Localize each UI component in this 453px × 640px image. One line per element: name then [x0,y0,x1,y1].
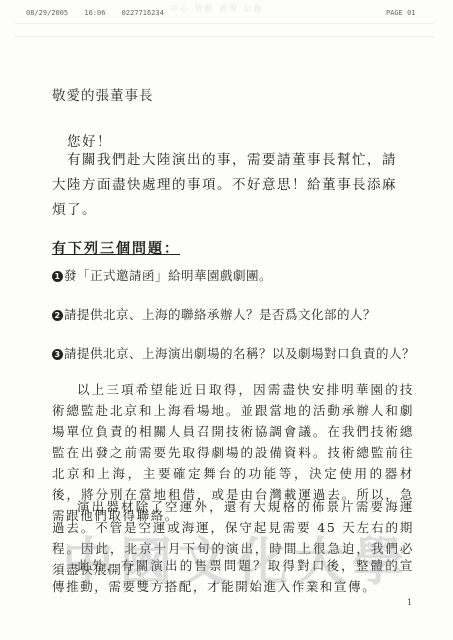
fax-header-info: 08/29/2005 16:06 0227716234 [26,9,176,17]
faint-letterhead-table [15,23,435,37]
fax-date: 08/29/2005 [26,9,68,17]
intro-paragraph: 有關我們赴大陸演出的事，需要請董事長幫忙，請大陸方面盡快處理的事項。不好意思！給… [52,148,410,223]
fax-page-number: 01 [407,9,415,17]
fax-header: 08/29/2005 16:06 0227716234 PAGE 01 [0,9,453,21]
salutation: 敬愛的張董事長 [52,84,154,104]
fax-time: 16:06 [84,9,105,17]
number-circle-icon: 1 [52,271,63,282]
page-footer-number: 1 [407,598,412,607]
number-circle-icon: 3 [52,349,63,360]
fax-page-label: PAGE [386,9,403,17]
question-text: 發「正式邀請函」給明華園戲劇團。 [64,268,272,283]
number-circle-icon: 2 [52,310,63,321]
question-text: 請提供北京、上海的聯絡承辦人？是否爲文化部的人？ [64,307,376,322]
fax-number: 0227716234 [122,9,164,17]
question-item-3: 3請提供北京、上海演出劇場的名稱？以及劇場對口負責的人？ [52,344,415,362]
question-text: 請提供北京、上海演出劇場的名稱？以及劇場對口負責的人？ [64,346,415,361]
question-list-title: 有下列三個問題： [52,238,180,258]
question-item-2: 2請提供北京、上海的聯絡承辦人？是否爲文化部的人？ [52,305,376,323]
body-paragraph-3: 此外，有關演出的售票問題？取得對口後，整體的宣傳推動，需要雙方搭配，才能開始進入… [52,555,414,597]
question-item-1: 1發「正式邀請函」給明華園戲劇團。 [52,266,272,284]
fax-page-indicator: PAGE 01 [386,9,416,17]
greeting: 您好！ [67,130,112,150]
